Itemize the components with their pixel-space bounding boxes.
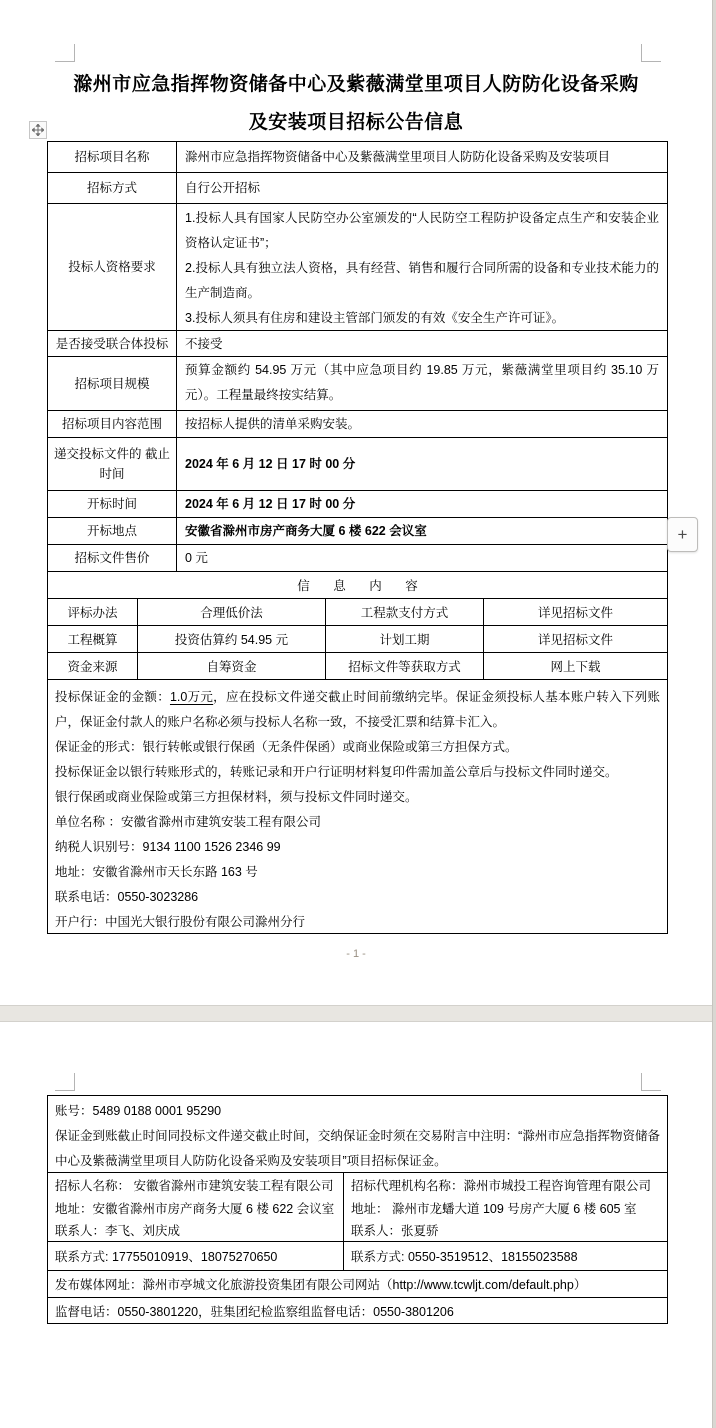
label-document-access: 招标文件等获取方式 — [326, 653, 484, 679]
text-boundary-mark-top-left — [55, 44, 75, 62]
label-evaluation-method: 评标办法 — [48, 599, 138, 625]
account-number-line: 账号：5489 0188 0001 95290 — [55, 1099, 660, 1124]
qualification-item-1: 1.投标人具有国家人民防空办公室颁发的“人民防空工程防护设备定点生产和安装企业资… — [185, 206, 659, 256]
deposit-guarantee-paragraph: 银行保函或商业保险或第三方担保材料，须与投标文件同时递交。 — [55, 785, 660, 810]
document-title-line2: 及安装项目招标公告信息 — [40, 110, 672, 136]
table-row: 投标人资格要求 1.投标人具有国家人民防空办公室颁发的“人民防空工程防护设备定点… — [48, 204, 667, 331]
label-submission-deadline: 递交投标文件的 截止时间 — [48, 438, 177, 490]
tenderer-name: 招标人名称： 安徽省滁州市建筑安装工程有限公司 — [55, 1175, 336, 1198]
contact-phone-row: 联系方式: 17755010919、18075270650 联系方式: 0550… — [48, 1242, 667, 1271]
value-project-estimate: 投资估算约 54.95 元 — [138, 626, 326, 652]
value-tender-project-name: 滁州市应急指挥物资储备中心及紫薇满堂里项目人防防化设备采购及安装项目 — [177, 142, 667, 172]
value-document-price: 0 元 — [177, 545, 667, 571]
tenderer-address: 地址：安徽省滁州市房产商务大厦 6 楼 622 会议室 — [55, 1198, 336, 1221]
agency-phone-cell: 联系方式: 0550-3519512、18155023588 — [344, 1242, 667, 1270]
table-row: 开标地点 安徽省滁州市房产商务大厦 6 楼 622 会议室 — [48, 518, 667, 545]
qualification-item-2: 2.投标人具有独立法人资格，具有经营、销售和履行合同所需的设备和专业技术能力的生… — [185, 256, 659, 306]
info-row: 资金来源 自筹资金 招标文件等获取方式 网上下载 — [48, 653, 667, 680]
contact-info-table: 账号：5489 0188 0001 95290 保证金到账截止时间同投标文件递交… — [47, 1095, 668, 1324]
value-submission-deadline: 2024 年 6 月 12 日 17 时 00 分 — [177, 438, 667, 490]
deposit-amount-underlined: 1.0万元 — [170, 690, 213, 704]
label-document-price: 招标文件售价 — [48, 545, 177, 571]
text-boundary-mark-top-left — [55, 1073, 75, 1091]
text-boundary-mark-top-right — [641, 1073, 661, 1091]
deposit-form-paragraph: 保证金的形式：银行转帐或银行保函（无条件保函）或商业保险或第三方担保方式。 — [55, 735, 660, 760]
deposit-amount-prefix: 投标保证金的金额： — [55, 690, 170, 704]
account-row: 账号：5489 0188 0001 95290 保证金到账截止时间同投标文件递交… — [48, 1096, 667, 1173]
company-name-line: 单位名称 ：安徽省滁州市建筑安装工程有限公司 — [55, 810, 660, 835]
value-content-scope: 按招标人提供的清单采购安装。 — [177, 411, 667, 437]
info-row: 工程概算 投资估算约 54.95 元 计划工期 详见招标文件 — [48, 626, 667, 653]
value-tender-method: 自行公开招标 — [177, 173, 667, 203]
label-project-estimate: 工程概算 — [48, 626, 138, 652]
table-row: 招标项目名称 滁州市应急指挥物资储备中心及紫薇满堂里项目人防防化设备采购及安装项… — [48, 142, 667, 173]
window-edge-scrollbar-strip[interactable] — [712, 0, 716, 1428]
value-consortium-bid: 不接受 — [177, 331, 667, 356]
label-bidder-qualification: 投标人资格要求 — [48, 204, 177, 330]
label-consortium-bid: 是否接受联合体投标 — [48, 331, 177, 356]
table-row: 递交投标文件的 截止时间 2024 年 6 月 12 日 17 时 00 分 — [48, 438, 667, 491]
info-content-header: 信 息 内 容 — [48, 572, 667, 599]
label-bid-opening-place: 开标地点 — [48, 518, 177, 544]
company-phone-line: 联系电话：0550-3023286 — [55, 885, 660, 910]
bank-line: 开户行：中国光大银行股份有限公司滁州分行 — [55, 910, 660, 935]
agency-name: 招标代理机构名称：滁州市城投工程咨询管理有限公司 — [351, 1175, 660, 1198]
plus-icon: + — [678, 525, 688, 545]
page-number: - 1 - — [0, 948, 712, 960]
page-break-gap — [0, 1005, 712, 1022]
deposit-amount-paragraph: 投标保证金的金额：1.0万元，应在投标文件递交截止时间前缴纳完毕。保证金须投标人… — [55, 685, 660, 735]
label-project-scale: 招标项目规模 — [48, 357, 177, 410]
deposit-transfer-paragraph: 投标保证金以银行转账形式的，转账记录和开户行证明材料复印件需加盖公章后与投标文件… — [55, 760, 660, 785]
label-tender-project-name: 招标项目名称 — [48, 142, 177, 172]
value-bid-opening-place: 安徽省滁州市房产商务大厦 6 楼 622 会议室 — [177, 518, 667, 544]
move-arrows-icon — [32, 124, 44, 136]
value-planned-duration: 详见招标文件 — [484, 626, 667, 652]
label-payment-method: 工程款支付方式 — [326, 599, 484, 625]
project-scale-text: 预算金额约 54.95 万元（其中应急项目约 19.85 万元，紫薇满堂里项目约… — [185, 358, 659, 408]
qualification-item-3: 3.投标人须具有住房和建设主管部门颁发的有效《安全生产许可证》。 — [185, 306, 659, 331]
table-row: 招标文件售价 0 元 — [48, 545, 667, 572]
agency-cell: 招标代理机构名称：滁州市城投工程咨询管理有限公司 地址： 滁州市龙蟠大道 109… — [344, 1173, 667, 1241]
supervision-row: 监督电话：0550-3801220，驻集团纪检监察组监督电话：0550-3801… — [48, 1298, 667, 1323]
value-bid-opening-time: 2024 年 6 月 12 日 17 时 00 分 — [177, 491, 667, 517]
agency-contact: 联系人：张夏骄 — [351, 1220, 660, 1241]
tenderer-contact: 联系人：李飞、刘庆成 — [55, 1220, 336, 1241]
word-document-canvas: { "colors": { "table_border": "#000000",… — [0, 0, 716, 1428]
text-boundary-mark-top-right — [641, 44, 661, 62]
label-planned-duration: 计划工期 — [326, 626, 484, 652]
table-row: 开标时间 2024 年 6 月 12 日 17 时 00 分 — [48, 491, 667, 518]
agency-address: 地址： 滁州市龙蟠大道 109 号房产大厦 6 楼 605 室 — [351, 1198, 660, 1221]
bid-deposit-section: 投标保证金的金额：1.0万元，应在投标文件递交截止时间前缴纳完毕。保证金须投标人… — [48, 680, 667, 933]
deposit-note-line: 保证金到账截止时间同投标文件递交截止时间，交纳保证金时须在交易附言中注明：“滁州… — [55, 1124, 660, 1174]
taxpayer-id-line: 纳税人识别号：9134 1100 1526 2346 99 — [55, 835, 660, 860]
document-title-line1: 滁州市应急指挥物资储备中心及紫薇满堂里项目人防防化设备采购 — [40, 72, 672, 98]
tenderer-agency-row: 招标人名称： 安徽省滁州市建筑安装工程有限公司 地址：安徽省滁州市房产商务大厦 … — [48, 1173, 667, 1242]
media-row: 发布媒体网址：滁州市亭城文化旅游投资集团有限公司网站（http://www.tc… — [48, 1271, 667, 1298]
table-row: 招标方式 自行公开招标 — [48, 173, 667, 204]
label-content-scope: 招标项目内容范围 — [48, 411, 177, 437]
insert-plus-button[interactable]: + — [667, 517, 698, 552]
table-row: 招标项目内容范围 按招标人提供的清单采购安装。 — [48, 411, 667, 438]
label-bid-opening-time: 开标时间 — [48, 491, 177, 517]
label-tender-method: 招标方式 — [48, 173, 177, 203]
value-bidder-qualification: 1.投标人具有国家人民防空办公室颁发的“人民防空工程防护设备定点生产和安装企业资… — [177, 204, 667, 330]
tenderer-cell: 招标人名称： 安徽省滁州市建筑安装工程有限公司 地址：安徽省滁州市房产商务大厦 … — [48, 1173, 344, 1241]
tender-info-table: 招标项目名称 滁州市应急指挥物资储备中心及紫薇满堂里项目人防防化设备采购及安装项… — [47, 141, 668, 934]
value-evaluation-method: 合理低价法 — [138, 599, 326, 625]
value-project-scale: 预算金额约 54.95 万元（其中应急项目约 19.85 万元，紫薇满堂里项目约… — [177, 357, 667, 410]
label-funding-source: 资金来源 — [48, 653, 138, 679]
value-funding-source: 自筹资金 — [138, 653, 326, 679]
value-document-access: 网上下载 — [484, 653, 667, 679]
table-move-handle[interactable] — [29, 121, 47, 139]
value-payment-method: 详见招标文件 — [484, 599, 667, 625]
document-page-1: 滁州市应急指挥物资储备中心及紫薇满堂里项目人防防化设备采购 及安装项目招标公告信… — [0, 0, 712, 1005]
tenderer-phone-cell: 联系方式: 17755010919、18075270650 — [48, 1242, 344, 1270]
table-row: 是否接受联合体投标 不接受 — [48, 331, 667, 357]
info-row: 评标办法 合理低价法 工程款支付方式 详见招标文件 — [48, 599, 667, 626]
company-address-line: 地址：安徽省滁州市天长东路 163 号 — [55, 860, 660, 885]
table-row: 招标项目规模 预算金额约 54.95 万元（其中应急项目约 19.85 万元，紫… — [48, 357, 667, 411]
